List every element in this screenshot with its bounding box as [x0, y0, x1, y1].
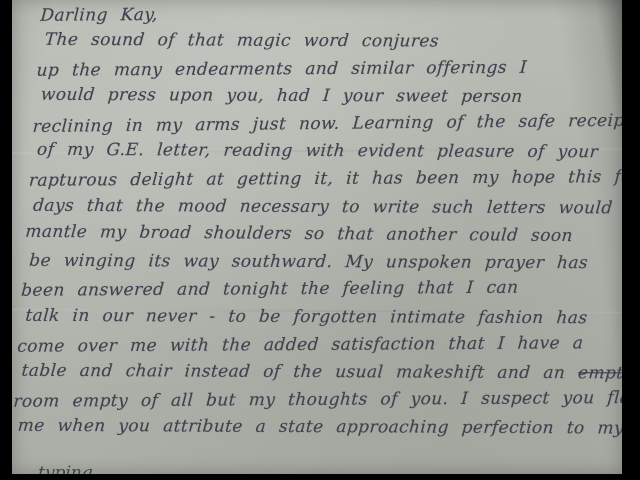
letter-salutation: Darling Kay, — [40, 0, 612, 29]
photo-letterbox-background: Darling Kay, The sound of that magic wor… — [0, 0, 640, 480]
handwritten-letter: Darling Kay, The sound of that magic wor… — [12, 2, 611, 442]
letter-line: up the many endearments and similar offe… — [36, 54, 608, 85]
letter-line: would press upon you, had I your sweet p… — [34, 82, 606, 112]
letter-partial-bottom-line: typing — [37, 463, 93, 474]
strikethrough-word: empt — [577, 363, 622, 383]
letter-line: days that the mood necessary to write su… — [26, 192, 598, 222]
letter-line: be winging its way southward. My unspoke… — [22, 248, 594, 278]
letterbox-bar-left — [0, 0, 12, 480]
letter-line: me when you attribute a state approachin… — [12, 413, 583, 443]
letter-line-text: table and chair instead of the usual mak… — [21, 361, 566, 383]
letter-line-with-strikethrough: table and chair instead of the usual mak… — [15, 358, 587, 388]
letter-line: come over me with the added satisfaction… — [16, 330, 588, 361]
letterbox-bar-right — [622, 0, 640, 480]
letter-line: mantle my broad shoulders so that anothe… — [24, 219, 596, 251]
letter-line: been answered and tonight the feeling th… — [20, 275, 592, 306]
letter-line: room empty of all but my thoughts of you… — [13, 385, 585, 416]
letter-line: talk in our never - to be forgotten inti… — [18, 303, 590, 333]
letterbox-bar-bottom — [0, 474, 640, 480]
letter-line: of my G.E. letter, reading with evident … — [30, 137, 602, 167]
letter-line: rapturous delight at getting it, it has … — [28, 164, 600, 195]
letter-paper: Darling Kay, The sound of that magic wor… — [12, 0, 622, 474]
letter-line: The sound of that magic word conjures — [38, 27, 610, 57]
